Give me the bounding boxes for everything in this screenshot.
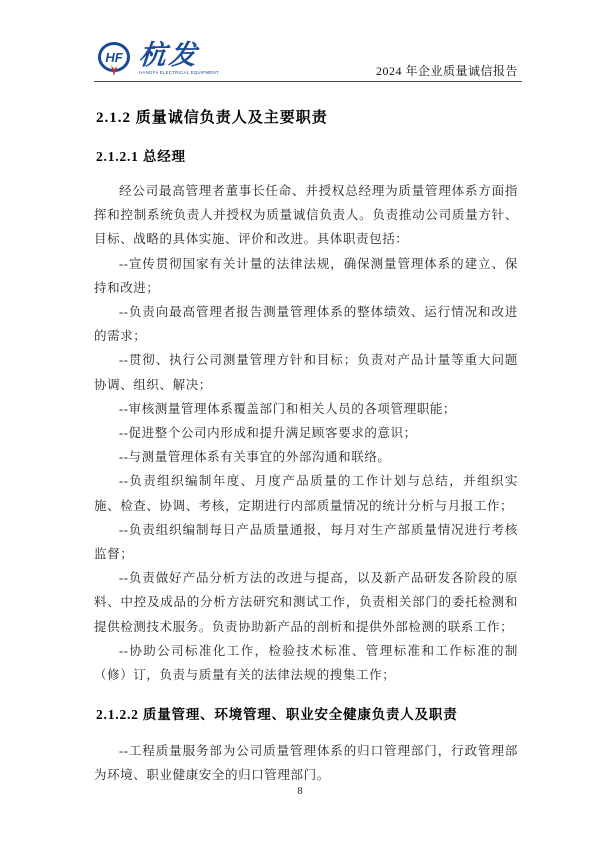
report-title: 2024 年企业质量诚信报告 — [95, 62, 518, 79]
section-heading-2-1-2-1: 2.1.2.1 总经理 — [96, 148, 518, 166]
section-heading-2-1-2: 2.1.2 质量诚信负责人及主要职责 — [96, 108, 518, 128]
duty-item: --负责做好产品分析方法的改进与提高，以及新产品研发各阶段的原料、中控及成品的分… — [94, 566, 518, 639]
body-paragraph-closing: --工程质量服务部为公司质量管理体系的归口管理部门，行政管理部为环境、职业健康安… — [94, 739, 518, 787]
body-paragraph-intro: 经公司最高管理者董事长任命、并授权总经理为质量管理体系方面指挥和控制系统负责人并… — [94, 179, 518, 252]
header-rule — [94, 81, 522, 82]
page-number: 8 — [0, 786, 600, 797]
duty-item: --审核测量管理体系覆盖部门和相关人员的各项管理职能； — [94, 397, 518, 421]
duty-item: --贯彻、执行公司测量管理方针和目标；负责对产品计量等重大问题协调、组织、解决； — [94, 348, 518, 396]
duty-item: --负责向最高管理者报告测量管理体系的整体绩效、运行情况和改进的需求； — [94, 300, 518, 348]
duty-item: --协助公司标准化工作，检验技术标准、管理标准和工作标准的制（修）订，负责与质量… — [94, 639, 518, 687]
duty-item: --宣传贯彻国家有关计量的法律法规，确保测量管理体系的建立、保持和改进； — [94, 252, 518, 300]
duty-item: --与测量管理体系有关事宜的外部沟通和联络。 — [94, 445, 518, 469]
duty-item: --促进整个公司内形成和提升满足顾客要求的意识； — [94, 421, 518, 445]
duty-item: --负责组织编制每日产品质量通报，每月对生产部质量情况进行考核监督； — [94, 518, 518, 566]
duty-item: --负责组织编制年度、月度产品质量的工作计划与总结，并组织实施、检查、协调、考核… — [94, 469, 518, 517]
document-page: HF 杭发 HANGFA ELECTRICAL EQUIPMENT 2024 年… — [0, 0, 600, 852]
section-heading-2-1-2-2: 2.1.2.2 质量管理、环境管理、职业安全健康负责人及职责 — [96, 706, 518, 724]
document-body: 2.1.2 质量诚信负责人及主要职责 2.1.2.1 总经理 经公司最高管理者董… — [94, 98, 518, 788]
